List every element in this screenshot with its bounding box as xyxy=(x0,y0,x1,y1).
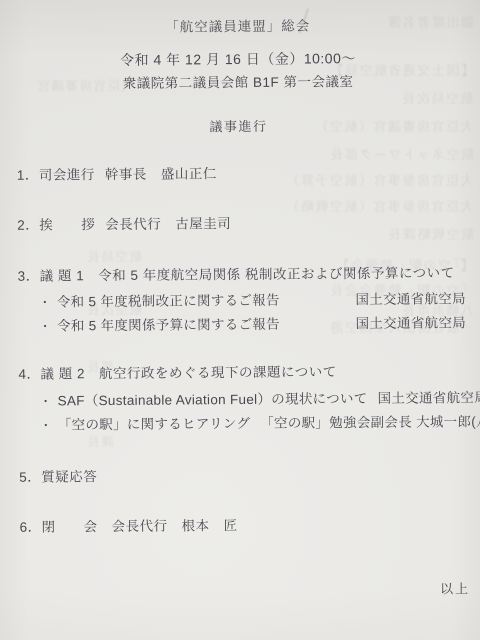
agenda-item-person: 会長代行 古屋圭司 xyxy=(105,212,231,233)
subitem-text: 令和 5 年度関係予算に関するご報告 xyxy=(57,313,280,335)
document-title: 「航空議員連盟」総会 xyxy=(0,13,478,37)
agenda-document: 「航空議員連盟」総会 令和 4 年 12 月 16 日（金）10:00～ 衆議院… xyxy=(0,0,480,640)
agenda-item-label: 議 題 1 令和 5 年度航空局関係 税制改正および関係予算について xyxy=(40,265,455,283)
agenda-heading: 議事進行 xyxy=(0,114,479,137)
paper-background: 大臣官房審議官 御出席者名簿 【国土交通省航空局】 航空局次長 大臣官房審議官（… xyxy=(0,0,480,640)
subitem-presenter: 「空の駅」勉強会副会長 大城一郎(八幡浜市長) xyxy=(250,410,480,432)
subitem-text: SAF（Sustainable Aviation Fuel）の現状について xyxy=(58,387,368,409)
agenda-item-label: 閉 会 会長代行 根本 匠 xyxy=(42,518,238,535)
agenda-item-number: 1． xyxy=(17,164,39,184)
agenda-item-5: 5．質疑応答 xyxy=(19,465,97,486)
agenda-subitem: ・ SAF（Sustainable Aviation Fuel）の現状について … xyxy=(40,386,467,409)
bullet-icon: ・ xyxy=(39,293,57,310)
agenda-item-2: 2．挨 拶会長代行 古屋圭司 xyxy=(17,212,231,234)
agenda-subitem: ・ 令和 5 年度関係予算に関するご報告 国土交通省航空局 xyxy=(39,311,466,334)
agenda-item-4: 4．議 題 2 航空行政をめぐる現下の課題について xyxy=(18,360,336,382)
agenda-item-1: 1．司会進行幹事長 盛山正仁 xyxy=(17,162,217,184)
agenda-item-number: 5． xyxy=(19,466,41,486)
agenda-item-label: 質疑応答 xyxy=(41,469,97,484)
bullet-icon: ・ xyxy=(39,317,57,334)
subitem-presenter: 国土交通省航空局 xyxy=(345,287,466,308)
agenda-item-number: 6． xyxy=(20,516,42,536)
closing-word: 以上 xyxy=(440,578,470,597)
agenda-subitem: ・ 令和 5 年度税制改正に関するご報告 国土交通省航空局 xyxy=(39,287,466,310)
agenda-item-label: 議 題 2 航空行政をめぐる現下の課題について xyxy=(40,364,336,381)
subitem-presenter: 国土交通省航空局 xyxy=(346,311,467,332)
agenda-item-label: 挨 拶 xyxy=(39,217,95,232)
agenda-item-number: 4． xyxy=(18,363,40,383)
bullet-icon: ・ xyxy=(40,392,58,409)
subitem-text: 「空の駅」に関するヒアリング xyxy=(58,412,251,434)
bullet-icon: ・ xyxy=(40,416,58,433)
meeting-venue: 衆議院第二議員会館 B1F 第一会議室 xyxy=(0,69,478,93)
agenda-item-number: 3． xyxy=(18,265,40,285)
agenda-item-number: 2． xyxy=(17,214,39,234)
agenda-item-label: 司会進行 xyxy=(39,167,95,182)
agenda-subitem: ・ 「空の駅」に関するヒアリング 「空の駅」勉強会副会長 大城一郎(八幡浜市長) xyxy=(40,410,467,433)
subitem-presenter: 国土交通省航空局 xyxy=(367,386,480,407)
agenda-item-6: 6．閉 会 会長代行 根本 匠 xyxy=(20,514,238,536)
subitem-text: 令和 5 年度税制改正に関するご報告 xyxy=(57,289,280,311)
meeting-datetime: 令和 4 年 12 月 16 日（金）10:00～ xyxy=(0,47,478,71)
agenda-item-person: 幹事長 盛山正仁 xyxy=(105,162,217,183)
agenda-item-3: 3．議 題 1 令和 5 年度航空局関係 税制改正および関係予算について xyxy=(18,261,455,284)
